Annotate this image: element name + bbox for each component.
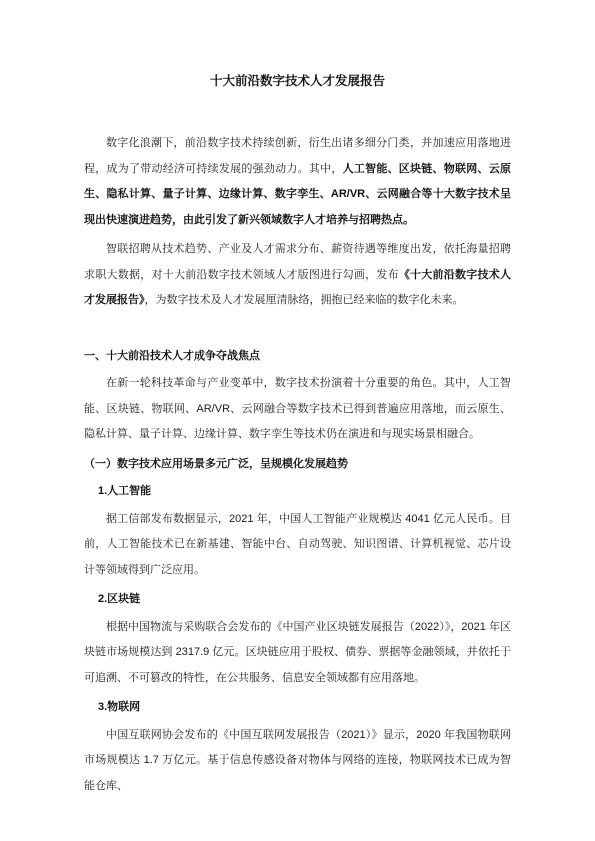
zhilian-paragraph-tail-run: ，为数字技术及人才发展厘清脉络，拥抱已经来临的数字化未来。: [145, 294, 464, 306]
subsection-1-heading: （一）数字技术应用场景多元广泛，呈规模化发展趋势: [84, 452, 511, 478]
item-3-iot-heading: 3.物联网: [84, 695, 511, 721]
item-3-iot-paragraph: 中国互联网协会发布的《中国互联网发展报告（2021）》显示，2020 年我国物联…: [84, 723, 511, 800]
document-title: 十大前沿数字技术人才发展报告: [84, 73, 511, 89]
section-1-heading: 一、十大前沿技术人才成争夺战焦点: [84, 344, 511, 370]
section-1-paragraph: 在新一轮科技革命与产业变革中，数字技术扮演着十分重要的角色。其中，人工智能、区块…: [84, 371, 511, 448]
item-2-blockchain-paragraph: 根据中国物流与采购联合会发布的《中国产业区块链发展报告（2022）》，2021 …: [84, 615, 511, 692]
zhilian-paragraph: 智联招聘从技术趋势、产业及人才需求分布、薪资待遇等维度出发，依托海量招聘求职大数…: [84, 237, 511, 314]
item-2-blockchain-heading: 2.区块链: [84, 587, 511, 613]
item-1-ai-paragraph: 据工信部发布数据显示，2021 年，中国人工智能产业规模达 4041 亿元人民币…: [84, 507, 511, 584]
document-page: 十大前沿数字技术人才发展报告 数字化浪潮下，前沿数字技术持续创新，衍生出诸多细分…: [0, 0, 595, 841]
item-1-ai-heading: 1.人工智能: [84, 479, 511, 505]
intro-paragraph: 数字化浪潮下，前沿数字技术持续创新，衍生出诸多细分门类，并加速应用落地进程，成为…: [84, 131, 511, 233]
